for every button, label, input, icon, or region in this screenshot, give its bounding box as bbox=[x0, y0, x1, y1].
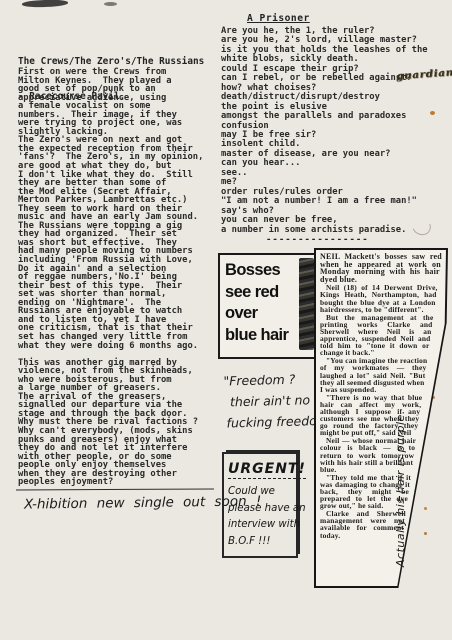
urgent-line: B.O.F !!! bbox=[228, 534, 293, 551]
urgent-line: interview with bbox=[228, 517, 293, 534]
review-line: what they were doing 6 months ago. bbox=[18, 342, 223, 351]
poem-body: Are you he, the 1, the ruler?are you he,… bbox=[221, 27, 449, 235]
newspaper-headline-clipping: Bossessee redoverblue hair bbox=[218, 253, 318, 359]
headline-line: see red bbox=[225, 282, 288, 304]
review-body: First on were the Crews fromMilton Keyne… bbox=[18, 68, 223, 487]
divider-line bbox=[16, 488, 214, 490]
photocopy-smudge bbox=[104, 2, 117, 6]
stain-dot bbox=[424, 532, 427, 535]
urgent-line: Could we bbox=[228, 484, 293, 501]
headline-line: over bbox=[225, 303, 288, 325]
newspaper-article-clipping: NEIL Mackett's bosses saw red when he ap… bbox=[314, 248, 448, 588]
poem-line: can you hear... bbox=[221, 159, 449, 168]
headline-line: blue hair bbox=[225, 325, 288, 347]
headline-line: Bosses bbox=[225, 260, 288, 282]
article-paragraph: "They told me that if it was damaging to… bbox=[320, 474, 443, 509]
poem-divider: ---------------- bbox=[266, 235, 369, 245]
poem-line: see.. bbox=[221, 169, 449, 178]
urgent-line: please have an bbox=[228, 501, 293, 518]
urgent-title: URGENT! bbox=[228, 461, 306, 479]
urgent-body: Could weplease have aninterview withB.O.… bbox=[228, 484, 293, 550]
review-line: peoples enjoyment? bbox=[18, 478, 223, 487]
photocopy-smudge bbox=[22, 0, 68, 8]
poem-title: A Prisoner bbox=[247, 13, 310, 24]
fanzine-page: The Crews/The Zero's/The Russians - Race… bbox=[0, 0, 452, 640]
article-paragraph: Neil — whose normal hair colour is black… bbox=[320, 437, 443, 472]
review-heading-line1: The Crews/The Zero's/The Russians bbox=[18, 56, 228, 68]
poem-line: a number in some archists paradise. bbox=[221, 226, 449, 235]
urgent-request-box: URGENT! Could weplease have aninterview … bbox=[222, 452, 298, 558]
stain-dot bbox=[424, 507, 427, 510]
article-paragraph: But the management at the printing works… bbox=[320, 314, 443, 357]
newsprint-photo-fragment bbox=[299, 258, 314, 350]
headline-text: Bossessee redoverblue hair bbox=[225, 260, 288, 346]
handwritten-purple-hair-note: Actually his hair is purple. bbox=[394, 352, 410, 567]
newspaper-article-paper: NEIL Mackett's bosses saw red when he ap… bbox=[316, 250, 446, 586]
